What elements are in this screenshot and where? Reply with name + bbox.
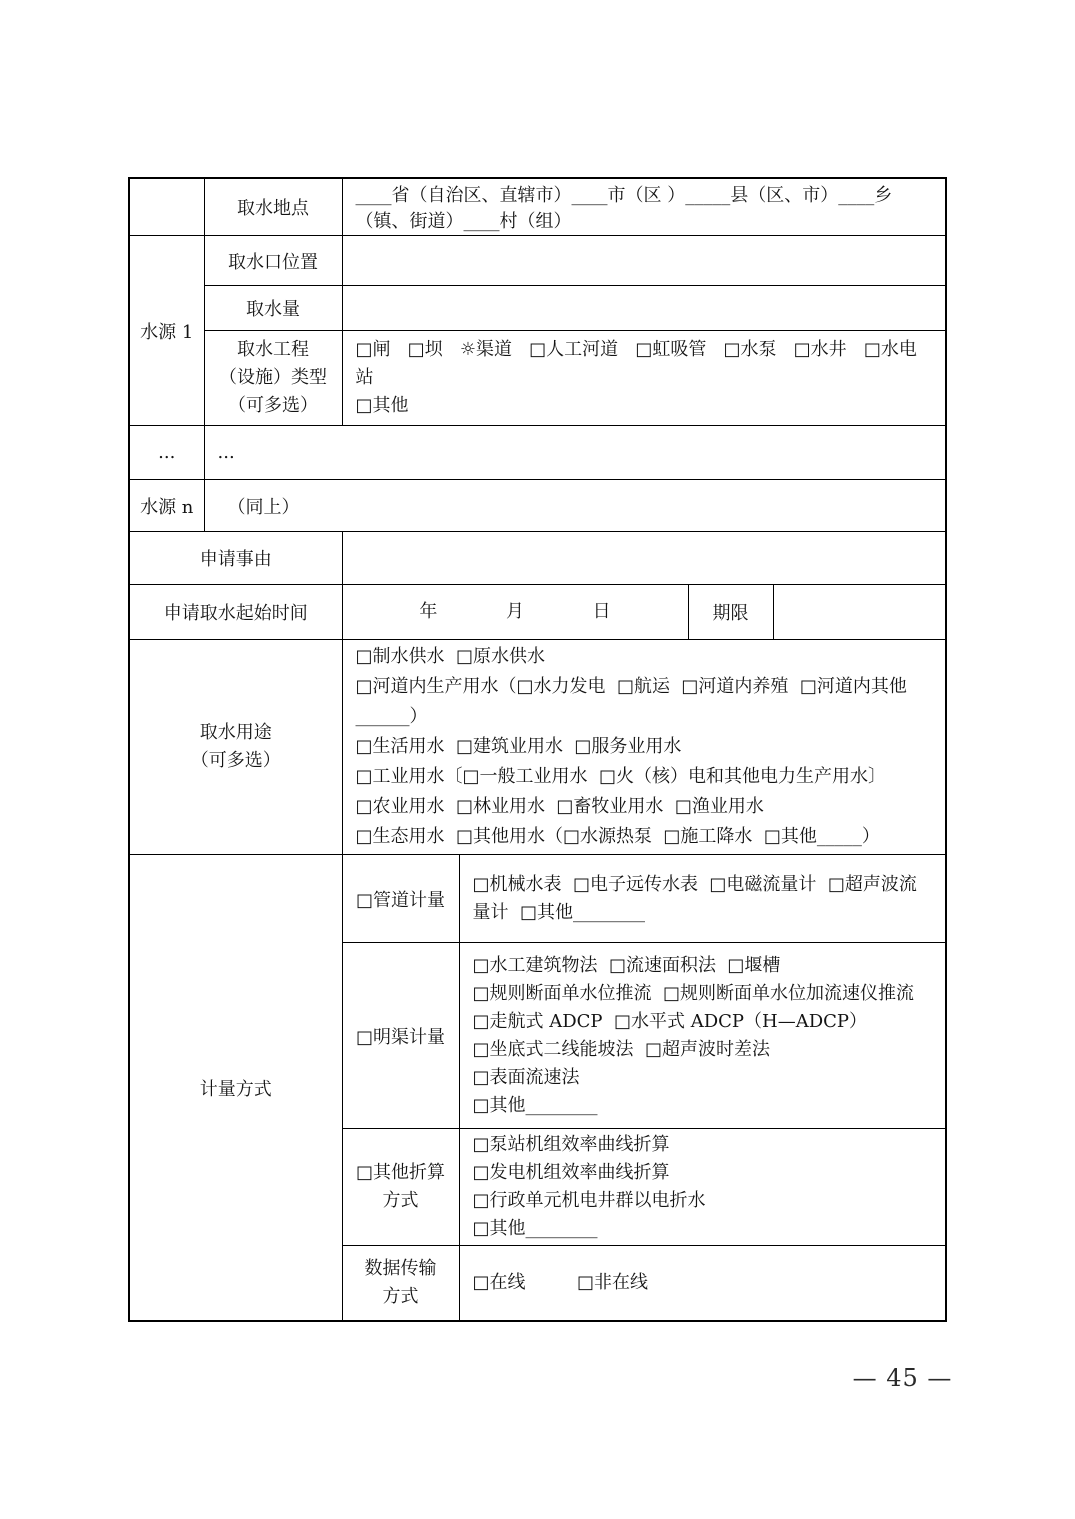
- source-n-header: 水源 n: [129, 480, 204, 532]
- pipeline-measurement-label: □管道计量: [342, 855, 459, 943]
- duration-label: 期限: [688, 585, 773, 640]
- row-intake-volume: 取水量: [129, 286, 946, 331]
- data-transmission-options: □在线 □非在线: [459, 1245, 946, 1321]
- row-intake-location: 取水地点 ____省（自治区、直辖市）____市（区 ）_____县（区、市）_…: [129, 178, 946, 236]
- row-pipeline-measurement: 计量方式 □管道计量 □机械水表 □电子远传水表 □电磁流量计 □超声波流量计 …: [129, 855, 946, 943]
- row-intake-outlet: 水源 1 取水口位置: [129, 236, 946, 286]
- duration-value: [773, 585, 946, 640]
- row-source-n: 水源 n （同上）: [129, 480, 946, 532]
- document-page: 取水地点 ____省（自治区、直辖市）____市（区 ）_____县（区、市）_…: [0, 0, 1075, 1519]
- intake-volume-label: 取水量: [204, 286, 342, 331]
- open-channel-measurement-label: □明渠计量: [342, 943, 459, 1129]
- row-application-start-time: 申请取水起始时间 年 月 日 期限: [129, 585, 946, 640]
- corner-empty-cell: [129, 178, 204, 236]
- intake-location-label: 取水地点: [204, 178, 342, 236]
- row-application-reason: 申请事由: [129, 532, 946, 585]
- data-transmission-label: 数据传输 方式: [342, 1245, 459, 1321]
- ellipsis-value: ...: [204, 426, 946, 480]
- row-ellipsis: ... ...: [129, 426, 946, 480]
- water-intake-application-table: 取水地点 ____省（自治区、直辖市）____市（区 ）_____县（区、市）_…: [128, 177, 947, 1322]
- application-reason-value: [342, 532, 946, 585]
- intake-usage-options: □制水供水 □原水供水 □河道内生产用水（□水力发电 □航运 □河道内养殖 □河…: [342, 640, 946, 855]
- row-intake-engineering: 取水工程 （设施）类型 （可多选） □闸 □坝 ☼渠道 □人工河道 □虹吸管 □…: [129, 331, 946, 426]
- application-reason-label: 申请事由: [129, 532, 342, 585]
- other-conversion-label: □其他折算 方式: [342, 1129, 459, 1246]
- intake-outlet-value: [342, 236, 946, 286]
- page-number: — 45 —: [845, 1364, 960, 1392]
- source-n-value: （同上）: [204, 480, 946, 532]
- source-1-header: 水源 1: [129, 236, 204, 426]
- intake-volume-value: [342, 286, 946, 331]
- open-channel-measurement-options: □水工建筑物法 □流速面积法 □堰槽 □规则断面单水位推流 □规则断面单水位加流…: [459, 943, 946, 1129]
- intake-outlet-label: 取水口位置: [204, 236, 342, 286]
- intake-engineering-label: 取水工程 （设施）类型 （可多选）: [204, 331, 342, 426]
- application-start-label: 申请取水起始时间: [129, 585, 342, 640]
- application-start-date: 年 月 日: [342, 585, 688, 640]
- other-conversion-options: □泵站机组效率曲线折算 □发电机组效率曲线折算 □行政单元机电井群以电折水 □其…: [459, 1129, 946, 1246]
- intake-usage-label: 取水用途 （可多选）: [129, 640, 342, 855]
- row-intake-usage: 取水用途 （可多选） □制水供水 □原水供水 □河道内生产用水（□水力发电 □航…: [129, 640, 946, 855]
- intake-engineering-options: □闸 □坝 ☼渠道 □人工河道 □虹吸管 □水泵 □水井 □水电站 □其他: [342, 331, 946, 426]
- intake-location-value: ____省（自治区、直辖市）____市（区 ）_____县（区、市）____乡（…: [342, 178, 946, 236]
- ellipsis-label: ...: [129, 426, 204, 480]
- measurement-header: 计量方式: [129, 855, 342, 1322]
- pipeline-measurement-options: □机械水表 □电子远传水表 □电磁流量计 □超声波流量计 □其他________: [459, 855, 946, 943]
